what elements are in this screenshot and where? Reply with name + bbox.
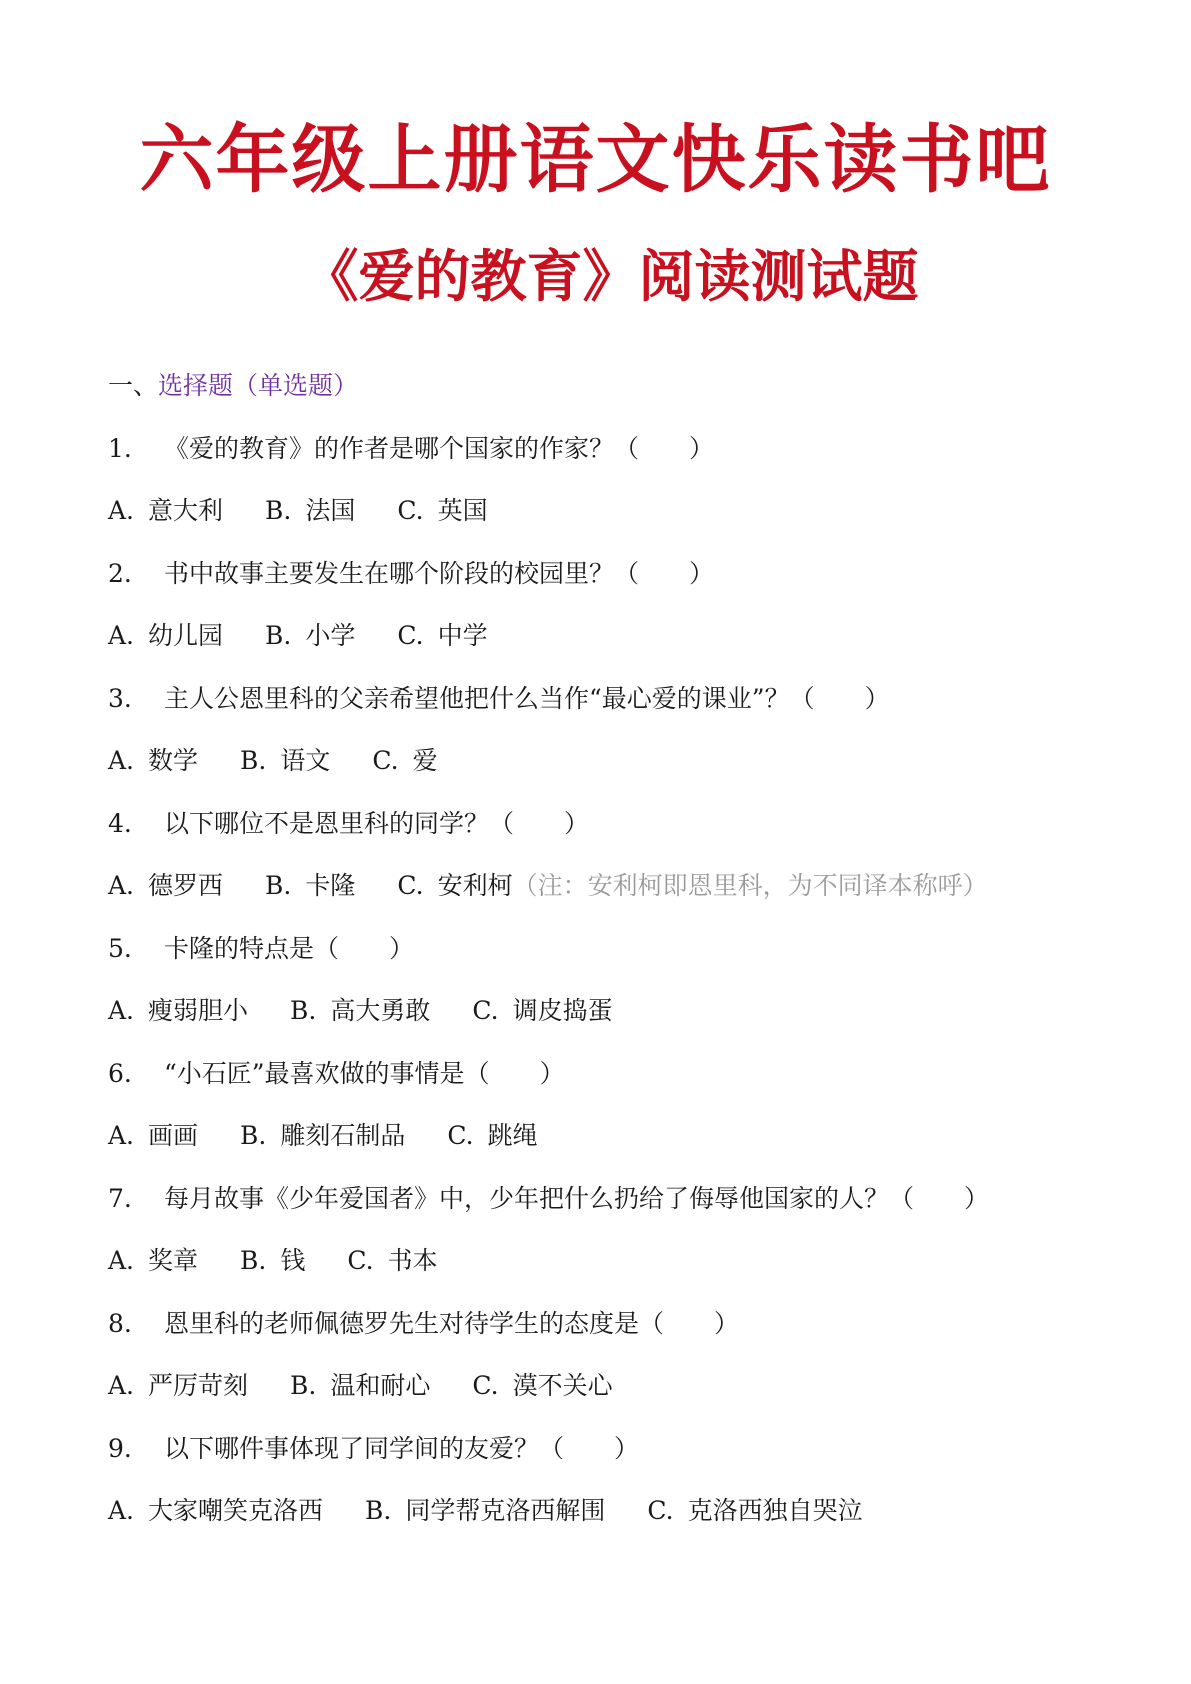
option-text: 安利柯 xyxy=(438,871,513,900)
option-letter: B. xyxy=(265,871,291,900)
question-text: “小石匠”最喜欢做的事情是（ ） xyxy=(164,1059,565,1088)
option-letter: A. xyxy=(108,1246,134,1275)
option-letter: C. xyxy=(397,496,423,525)
question-list: 一、选择题（单选题） 1.《爱的教育》的作者是哪个国家的作家？（ ）A.意大利B… xyxy=(108,364,1108,1552)
option-text: 调皮捣蛋 xyxy=(513,996,613,1025)
question-number: 3. xyxy=(108,677,164,721)
option-text: 中学 xyxy=(438,621,488,650)
options-row: A.严厉苛刻B.温和耐心C.漠不关心 xyxy=(108,1364,1108,1427)
option-text: 英国 xyxy=(438,496,488,525)
options-row: A.幼儿园B.小学C.中学 xyxy=(108,614,1108,677)
option-a[interactable]: A.瘦弱胆小 xyxy=(108,989,248,1033)
question-text: 以下哪位不是恩里科的同学？（ ） xyxy=(164,809,589,838)
document-title: 六年级上册语文快乐读书吧 xyxy=(0,118,1191,202)
question-5: 5.卡隆的特点是（ ） xyxy=(108,927,1108,990)
option-c[interactable]: C.爱 xyxy=(372,739,437,783)
option-text: 大家嘲笑克洛西 xyxy=(148,1496,323,1525)
option-letter: C. xyxy=(372,746,398,775)
option-letter: C. xyxy=(472,996,498,1025)
option-a[interactable]: A.意大利 xyxy=(108,489,223,533)
option-letter: A. xyxy=(108,496,134,525)
translation-note: （注：安利柯即恩里科，为不同译本称呼） xyxy=(513,871,988,900)
option-letter: A. xyxy=(108,871,134,900)
question-7: 7.每月故事《少年爱国者》中，少年把什么扔给了侮辱他国家的人？（ ） xyxy=(108,1177,1108,1240)
option-c[interactable]: C.漠不关心 xyxy=(472,1364,612,1408)
question-6: 6.“小石匠”最喜欢做的事情是（ ） xyxy=(108,1052,1108,1115)
option-letter: A. xyxy=(108,1121,134,1150)
question-number: 2. xyxy=(108,552,164,596)
option-text: 瘦弱胆小 xyxy=(148,996,248,1025)
option-text: 爱 xyxy=(413,746,438,775)
option-a[interactable]: A.德罗西 xyxy=(108,864,223,908)
option-text: 奖章 xyxy=(148,1246,198,1275)
question-4: 4.以下哪位不是恩里科的同学？（ ） xyxy=(108,802,1108,865)
option-text: 高大勇敢 xyxy=(330,996,430,1025)
option-a[interactable]: A.幼儿园 xyxy=(108,614,223,658)
question-text: 卡隆的特点是（ ） xyxy=(164,934,414,963)
option-b[interactable]: B.语文 xyxy=(240,739,330,783)
option-letter: C. xyxy=(397,621,423,650)
question-number: 5. xyxy=(108,927,164,971)
option-text: 意大利 xyxy=(148,496,223,525)
question-9: 9.以下哪件事体现了同学间的友爱？（ ） xyxy=(108,1427,1108,1490)
option-letter: B. xyxy=(240,746,266,775)
option-letter: B. xyxy=(365,1496,391,1525)
question-number: 1. xyxy=(108,427,164,471)
option-letter: C. xyxy=(397,871,423,900)
question-2: 2.书中故事主要发生在哪个阶段的校园里？（ ） xyxy=(108,552,1108,615)
option-letter: B. xyxy=(265,496,291,525)
option-b[interactable]: B.温和耐心 xyxy=(290,1364,430,1408)
question-number: 7. xyxy=(108,1177,164,1221)
options-row: A.意大利B.法国C.英国 xyxy=(108,489,1108,552)
option-text: 雕刻石制品 xyxy=(280,1121,405,1150)
option-b[interactable]: B.高大勇敢 xyxy=(290,989,430,1033)
options-row: A.画画B.雕刻石制品C.跳绳 xyxy=(108,1114,1108,1177)
question-text: 主人公恩里科的父亲希望他把什么当作“最心爱的课业”？（ ） xyxy=(164,684,890,713)
question-8: 8.恩里科的老师佩德罗先生对待学生的态度是（ ） xyxy=(108,1302,1108,1365)
option-c[interactable]: C.克洛西独自哭泣 xyxy=(647,1489,862,1533)
option-letter: B. xyxy=(290,1371,316,1400)
option-a[interactable]: A.大家嘲笑克洛西 xyxy=(108,1489,323,1533)
option-c[interactable]: C.英国 xyxy=(397,489,487,533)
options-row: A.瘦弱胆小B.高大勇敢C.调皮捣蛋 xyxy=(108,989,1108,1052)
question-number: 6. xyxy=(108,1052,164,1096)
option-text: 小学 xyxy=(305,621,355,650)
option-text: 严厉苛刻 xyxy=(148,1371,248,1400)
option-letter: B. xyxy=(240,1246,266,1275)
option-c[interactable]: C.调皮捣蛋 xyxy=(472,989,612,1033)
section-number: 一、 xyxy=(108,371,158,400)
option-letter: C. xyxy=(447,1121,473,1150)
options-row: A.奖章B.钱C.书本 xyxy=(108,1239,1108,1302)
option-letter: C. xyxy=(472,1371,498,1400)
option-c[interactable]: C.跳绳 xyxy=(447,1114,537,1158)
question-number: 8. xyxy=(108,1302,164,1346)
question-1: 1.《爱的教育》的作者是哪个国家的作家？（ ） xyxy=(108,427,1108,490)
option-letter: C. xyxy=(347,1246,373,1275)
option-text: 书本 xyxy=(388,1246,438,1275)
question-number: 4. xyxy=(108,802,164,846)
document-subtitle: 《爱的教育》阅读测试题 xyxy=(0,245,1191,311)
options-row: A.数学B.语文C.爱 xyxy=(108,739,1108,802)
question-text: 书中故事主要发生在哪个阶段的校园里？（ ） xyxy=(164,559,714,588)
option-text: 画画 xyxy=(148,1121,198,1150)
option-letter: A. xyxy=(108,1371,134,1400)
question-text: 每月故事《少年爱国者》中，少年把什么扔给了侮辱他国家的人？（ ） xyxy=(164,1184,989,1213)
section-header: 一、选择题（单选题） xyxy=(108,364,1108,427)
question-number: 9. xyxy=(108,1427,164,1471)
option-b[interactable]: B.雕刻石制品 xyxy=(240,1114,405,1158)
option-letter: A. xyxy=(108,996,134,1025)
question-text: 《爱的教育》的作者是哪个国家的作家？（ ） xyxy=(164,434,714,463)
option-text: 克洛西独自哭泣 xyxy=(688,1496,863,1525)
option-letter: A. xyxy=(108,1496,134,1525)
option-b[interactable]: B.钱 xyxy=(240,1239,305,1283)
option-letter: B. xyxy=(240,1121,266,1150)
option-text: 温和耐心 xyxy=(330,1371,430,1400)
option-text: 德罗西 xyxy=(148,871,223,900)
option-text: 法国 xyxy=(305,496,355,525)
option-b[interactable]: B.同学帮克洛西解围 xyxy=(365,1489,605,1533)
option-text: 钱 xyxy=(280,1246,305,1275)
option-text: 幼儿园 xyxy=(148,621,223,650)
question-text: 恩里科的老师佩德罗先生对待学生的态度是（ ） xyxy=(164,1309,739,1338)
option-letter: A. xyxy=(108,746,134,775)
options-row: A.德罗西B.卡隆C.安利柯（注：安利柯即恩里科，为不同译本称呼） xyxy=(108,864,1108,927)
option-text: 漠不关心 xyxy=(513,1371,613,1400)
option-b[interactable]: B.法国 xyxy=(265,489,355,533)
option-c[interactable]: C.安利柯 xyxy=(397,864,512,908)
option-a[interactable]: A.画画 xyxy=(108,1114,198,1158)
option-b[interactable]: B.小学 xyxy=(265,614,355,658)
option-text: 语文 xyxy=(280,746,330,775)
options-row: A.大家嘲笑克洛西B.同学帮克洛西解围C.克洛西独自哭泣 xyxy=(108,1489,1108,1552)
option-a[interactable]: A.严厉苛刻 xyxy=(108,1364,248,1408)
option-letter: B. xyxy=(265,621,291,650)
question-3: 3.主人公恩里科的父亲希望他把什么当作“最心爱的课业”？（ ） xyxy=(108,677,1108,740)
option-letter: C. xyxy=(647,1496,673,1525)
question-text: 以下哪件事体现了同学间的友爱？（ ） xyxy=(164,1434,639,1463)
option-a[interactable]: A.数学 xyxy=(108,739,198,783)
option-text: 同学帮克洛西解围 xyxy=(405,1496,605,1525)
option-a[interactable]: A.奖章 xyxy=(108,1239,198,1283)
option-text: 跳绳 xyxy=(488,1121,538,1150)
option-b[interactable]: B.卡隆 xyxy=(265,864,355,908)
option-c[interactable]: C.书本 xyxy=(347,1239,437,1283)
option-text: 卡隆 xyxy=(305,871,355,900)
section-label: 选择题（单选题） xyxy=(158,371,358,400)
option-text: 数学 xyxy=(148,746,198,775)
option-letter: A. xyxy=(108,621,134,650)
option-letter: B. xyxy=(290,996,316,1025)
option-c[interactable]: C.中学 xyxy=(397,614,487,658)
